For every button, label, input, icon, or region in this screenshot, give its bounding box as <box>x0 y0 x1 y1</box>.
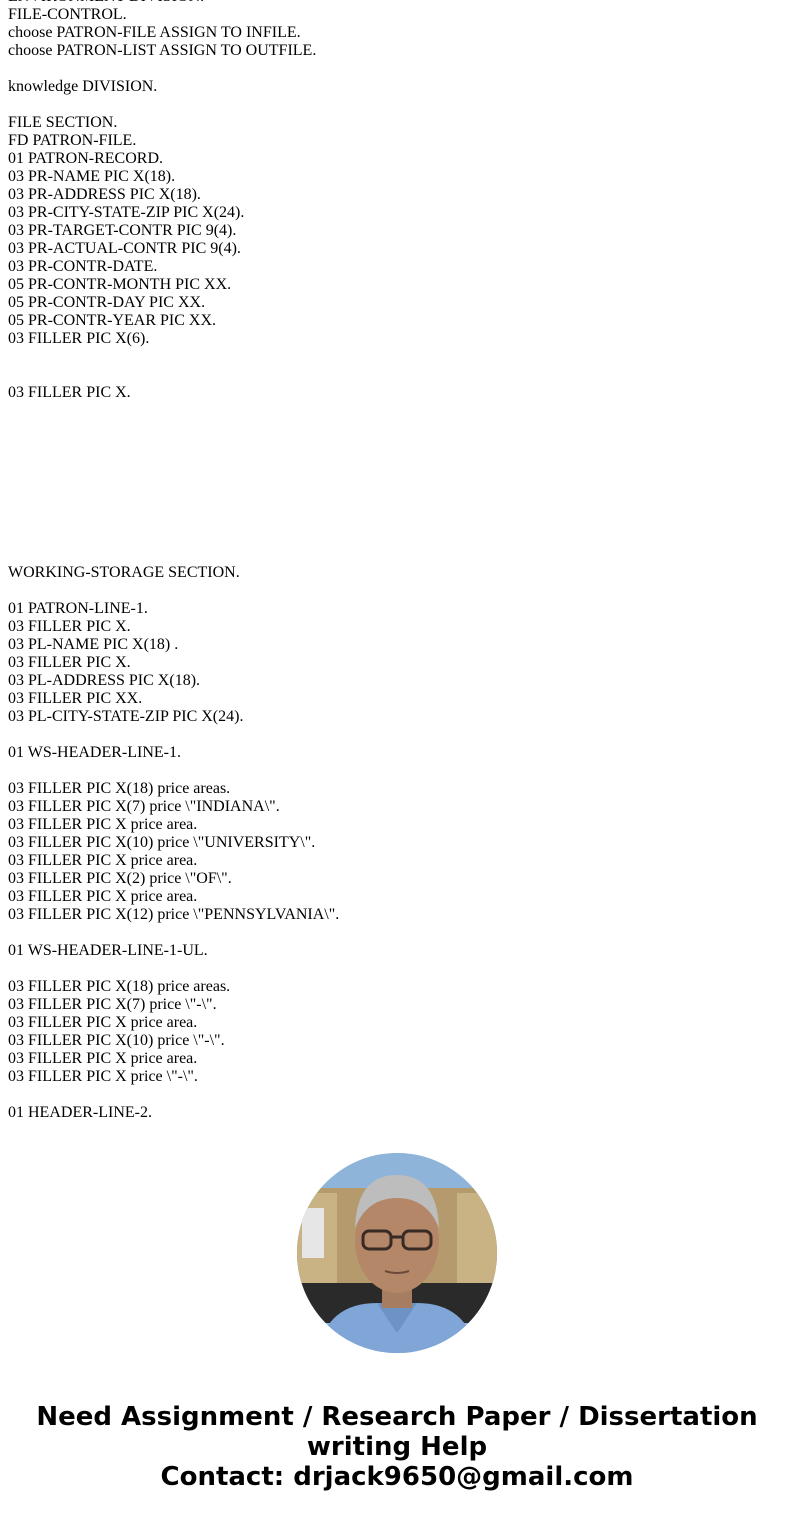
code-line: 01 PATRON-RECORD. <box>8 150 788 168</box>
code-line: 03 FILLER PIC X price area. <box>8 1014 788 1032</box>
code-line: 01 WS-HEADER-LINE-1. <box>8 744 788 762</box>
promo-banner: Need Assignment / Research Paper / Disse… <box>0 1402 794 1492</box>
code-line <box>8 60 788 78</box>
code-line: 05 PR-CONTR-DAY PIC XX. <box>8 294 788 312</box>
code-line: FD PATRON-FILE. <box>8 132 788 150</box>
code-listing: ENVIRONMENT DIVISION.FILE-CONTROL.choose… <box>8 0 788 1122</box>
code-line <box>8 438 788 456</box>
code-line: WORKING-STORAGE SECTION. <box>8 564 788 582</box>
person-photo-icon <box>297 1153 497 1353</box>
code-line: 03 FILLER PIC X(7) price \"-\". <box>8 996 788 1014</box>
code-line: choose PATRON-FILE ASSIGN TO INFILE. <box>8 24 788 42</box>
promo-line-1: Need Assignment / Research Paper / Disse… <box>0 1402 794 1432</box>
code-line: 03 PR-TARGET-CONTR PIC 9(4). <box>8 222 788 240</box>
code-line <box>8 762 788 780</box>
code-line: 03 FILLER PIC X price area. <box>8 852 788 870</box>
code-line: 01 WS-HEADER-LINE-1-UL. <box>8 942 788 960</box>
code-line <box>8 528 788 546</box>
code-line: 03 FILLER PIC X(18) price areas. <box>8 780 788 798</box>
code-line <box>8 456 788 474</box>
code-line: 03 PR-CITY-STATE-ZIP PIC X(24). <box>8 204 788 222</box>
code-line <box>8 402 788 420</box>
code-line: 03 FILLER PIC X. <box>8 618 788 636</box>
code-line <box>8 960 788 978</box>
code-line <box>8 582 788 600</box>
code-line: 01 HEADER-LINE-2. <box>8 1104 788 1122</box>
code-line <box>8 546 788 564</box>
author-avatar <box>297 1153 497 1353</box>
code-line: 03 FILLER PIC X price area. <box>8 1050 788 1068</box>
code-line: 03 PR-ACTUAL-CONTR PIC 9(4). <box>8 240 788 258</box>
code-line: 03 FILLER PIC X(18) price areas. <box>8 978 788 996</box>
code-line <box>8 924 788 942</box>
code-line: 03 PR-ADDRESS PIC X(18). <box>8 186 788 204</box>
code-line <box>8 96 788 114</box>
code-line: FILE-CONTROL. <box>8 6 788 24</box>
code-line: 05 PR-CONTR-MONTH PIC XX. <box>8 276 788 294</box>
code-line: FILE SECTION. <box>8 114 788 132</box>
code-line: knowledge DIVISION. <box>8 78 788 96</box>
code-line: 03 PR-CONTR-DATE. <box>8 258 788 276</box>
code-line <box>8 474 788 492</box>
code-line <box>8 492 788 510</box>
code-line <box>8 348 788 366</box>
code-line <box>8 510 788 528</box>
code-line: 03 FILLER PIC X(6). <box>8 330 788 348</box>
code-line: 03 FILLER PIC X(10) price \"-\". <box>8 1032 788 1050</box>
code-line: 03 FILLER PIC X price area. <box>8 816 788 834</box>
code-line <box>8 420 788 438</box>
code-line: 03 FILLER PIC X(12) price \"PENNSYLVANIA… <box>8 906 788 924</box>
code-line: choose PATRON-LIST ASSIGN TO OUTFILE. <box>8 42 788 60</box>
code-line: 03 FILLER PIC X price \"-\". <box>8 1068 788 1086</box>
code-line: 03 FILLER PIC X price area. <box>8 888 788 906</box>
code-line: 03 PL-ADDRESS PIC X(18). <box>8 672 788 690</box>
code-line: 03 PL-NAME PIC X(18) . <box>8 636 788 654</box>
code-line: 03 PL-CITY-STATE-ZIP PIC X(24). <box>8 708 788 726</box>
code-line: 03 PR-NAME PIC X(18). <box>8 168 788 186</box>
promo-line-2: writing Help <box>0 1432 794 1462</box>
code-line <box>8 726 788 744</box>
code-line: 03 FILLER PIC X. <box>8 384 788 402</box>
code-line: 03 FILLER PIC X(10) price \"UNIVERSITY\"… <box>8 834 788 852</box>
code-line: 03 FILLER PIC X(7) price \"INDIANA\". <box>8 798 788 816</box>
promo-contact-line: Contact: drjack9650@gmail.com <box>0 1462 794 1492</box>
code-line: 03 FILLER PIC XX. <box>8 690 788 708</box>
code-line: 03 FILLER PIC X(2) price \"OF\". <box>8 870 788 888</box>
code-line: 03 FILLER PIC X. <box>8 654 788 672</box>
code-line: 01 PATRON-LINE-1. <box>8 600 788 618</box>
code-line <box>8 1086 788 1104</box>
code-line: 05 PR-CONTR-YEAR PIC XX. <box>8 312 788 330</box>
code-line <box>8 366 788 384</box>
